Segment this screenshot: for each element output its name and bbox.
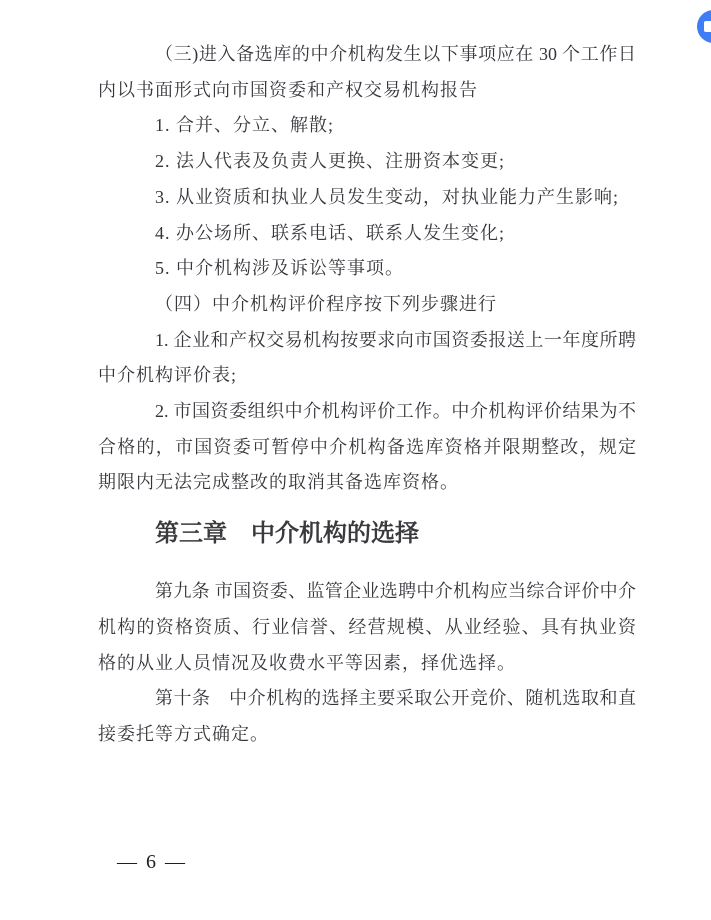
paragraph-line: 第十条 中介机构的选择主要采取公开竞价、随机选取和直 bbox=[98, 681, 636, 717]
chapter-heading: 第三章 中介机构的选择 bbox=[98, 515, 636, 553]
paragraph-line: 中介机构评价表; bbox=[98, 358, 636, 394]
paragraph-line: （四）中介机构评价程序按下列步骤进行 bbox=[98, 287, 636, 323]
list-item-line: 5. 中介机构涉及诉讼等事项。 bbox=[98, 251, 636, 287]
paragraph-line: 机构的资格资质、行业信誉、经营规模、从业经验、具有执业资 bbox=[98, 610, 636, 646]
list-item-line: 2. 法人代表及负责人更换、注册资本变更; bbox=[98, 144, 636, 180]
circle-badge-icon bbox=[704, 21, 711, 32]
list-item-line: 1. 合并、分立、解散; bbox=[98, 108, 636, 144]
paragraph-line: 期限内无法完成整改的取消其备选库资格。 bbox=[98, 465, 636, 501]
floating-action-button[interactable] bbox=[697, 10, 711, 43]
paragraph-line: 第九条 市国资委、监管企业选聘中介机构应当综合评价中介 bbox=[98, 574, 636, 610]
paragraph-line: 合格的，市国资委可暂停中介机构备选库资格并限期整改，规定 bbox=[98, 430, 636, 466]
paragraph-line: 2. 市国资委组织中介机构评价工作。中介机构评价结果为不 bbox=[98, 394, 636, 430]
paragraph-line: 内以书面形式向市国资委和产权交易机构报告 bbox=[98, 73, 636, 109]
document-page-body: （三)进入备选库的中介机构发生以下事项应在 30 个工作日 内以书面形式向市国资… bbox=[98, 37, 636, 753]
list-item-line: 4. 办公场所、联系电话、联系人发生变化; bbox=[98, 216, 636, 252]
list-item-line: 3. 从业资质和执业人员发生变动，对执业能力产生影响; bbox=[98, 180, 636, 216]
page-number: — 6 — bbox=[117, 849, 187, 875]
paragraph-line: 接委托等方式确定。 bbox=[98, 717, 636, 753]
paragraph-line: 格的从业人员情况及收费水平等因素，择优选择。 bbox=[98, 646, 636, 682]
paragraph-line: 1. 企业和产权交易机构按要求向市国资委报送上一年度所聘 bbox=[98, 323, 636, 359]
paragraph-line: （三)进入备选库的中介机构发生以下事项应在 30 个工作日 bbox=[98, 37, 636, 73]
